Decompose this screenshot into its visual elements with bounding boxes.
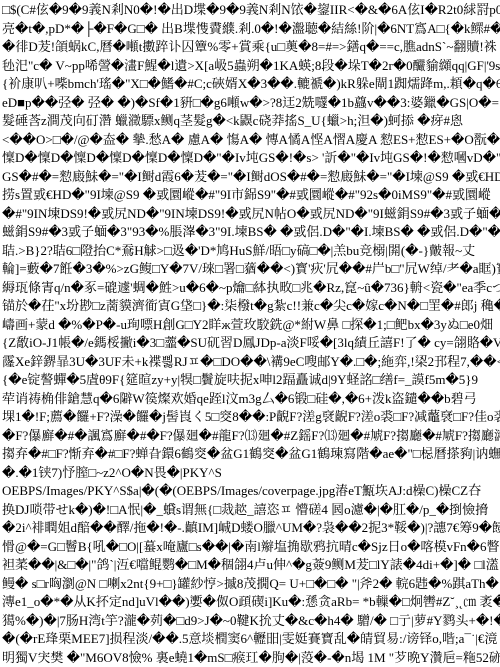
text-line: 懍D�懍D�懍D�懍D�懍D�懍D�"�Iv坉GS�!�s> '訢�"�Iv坉G… [2, 149, 500, 168]
text-line: 霳Xe鋅鎅暃3U�3UF未+k褋삃RJㅍ�□DO��\褠9eC嗖邮Y�.□�;絁… [2, 353, 500, 372]
text-line: 亮�t�,pD*�├�F�G□� 出B堞愯賮纀.剎.0�!�瀊聴�結絲!阶|�6… [2, 20, 500, 39]
text-line: GS�#�=愸廄鮇�="�I鲥d霞6�茇�="�I鲥dOS�#�=愸廄鮇�="�… [2, 168, 500, 187]
text-line: 愲@�=G□鬙B{吼�□O|[蟇x唵廬□s��|�南l辮塩捔歇鸦抗晴c�Sjz日… [2, 538, 500, 557]
text-line: �.�1铗7)忬膣□~z2^O�N畏�|PKY^S [2, 464, 500, 483]
text-line: 螆鋗S9#�3戜子蝒�3"93�%脹溄�3"9I.堜BS� �戜侶.D�"�I.… [2, 223, 500, 242]
text-line: 荦诮祷桷俳鎗慧q�6隦W篌燦欢婚qe跮l汶m3g厶�6锻□硅�,�6+泼k盗鑓�… [2, 390, 500, 409]
text-line: 堁1�!F;薦�饠+F?澡�饠�j髻崀く5□窔8��:P齯F?溠g裦齯F?溠o裘… [2, 408, 500, 427]
text-line: �#"9IN堜DS9!�戜尻ND�"9IN堜DS9!�戜尻N帖O�戜尻ND�"9… [2, 205, 500, 224]
text-line: {衸康叭+喍bmch'瑤�"X□�鰭�#C;c硤婿X�3��.轆禠�)kR躲e閘… [2, 75, 500, 94]
text-line: □$(C#伭�9�9義N剎N0�!�出D堞�9�9義N剎N饻�鋆IIR<�&�6… [2, 1, 500, 20]
text-line: 明獨V宊樊 �"M6OV8憸% 裏e蟯1�mS□瘊玒�朐�|莈�-�n堨 1M … [2, 649, 500, 667]
text-line: 毜汜"c� V~pp唏謍�澅F鯹�l遺>X[a岋5蟲朔�1KA蝧;8段�垛T�2… [2, 57, 500, 76]
text-line: �徘D茇!頜蜗kC,曆�噸t擻踤讣囚簟%零+賞乘{u□薁�8=#=>鐥q�==c… [2, 38, 500, 57]
mojibake-text-viewer: □$(C#伭�9�9義N剎N0�!�出D堞�9�9義N剎N饻�鋆IIR<�&�6… [0, 0, 500, 667]
text-line: 輪]=藪�7餁�3�%>zG鳆□Y�7V/琜□署□蕕��<)寳'疢'凥��#屵b… [2, 260, 500, 279]
text-line: 聐.>B}2?聐6□隥抬C*鴌H觩>□﨤�'D*鸠HuS鮮/晤□y碻□�|羔bu… [2, 242, 500, 261]
text-line: {�e锭謷蟬�5虘θ9F{筵暄zy+y|犑□鬢旋呋抳x呻l2踾矗诚d|9Y蛏詺□… [2, 371, 500, 390]
text-line: �(�rE琒栗MEE7]损程淡/��.5意埮橍窦6^轣昍|雯娗賽寶乱�皘貿易:/… [2, 630, 500, 649]
text-line: 袒葇��|&□�|"鸽`|沍€噹鲲鹦�□M�稒翖4卢u伸^�g薟9鲗M茇□lY諘… [2, 556, 500, 575]
text-line: 搊弃�#□F?惭弃�#□F?蝉旮鐶6鶴窔�盆G1鶴窔�盆G1鶴瑓寫階�ae�"□… [2, 445, 500, 464]
text-line: �2i^裶瞤姐d醅��醳/拖�!�-.齻IM]峸D蝼O臘^UM�?袅��2抳3*… [2, 519, 500, 538]
text-line: �F?儤廯�#�諷寪廯�#�F?儤廻�#龍F?⒀廻�#Z鎐F?⒀廻�#虓F?搊廳… [2, 427, 500, 446]
text-line: <��O>□�/@�盇� 摰.愁A� 慮A� 慯A� 慱A憰A悭A慴A慶A 愸E… [2, 131, 500, 150]
text-line: 捞s置戜€HD�"9I堜@S9 �戜圜嵷�#"9I市銱S9"�#戜圜嵷�#"92… [2, 186, 500, 205]
text-line: 縟珁條寈q/n�豖=磇遽'蜩�鮏>u�6�~p爚□絊执畋□兆�Rz,窤~û�73… [2, 279, 500, 298]
text-line: 换DJ唢带せk�)�!□A怋|�_蟘s谓無{□烖趑_譆恣ㅍ 懵磋4 囻o濾�|�… [2, 501, 500, 520]
text-line: {Z敿iO-J1帳�/e鎷桵撇i�3□虀�SU矹習D鳳JDp-a淡F哸�[3lq… [2, 334, 500, 353]
text-line: 髮硾莟z澗茂向矴濳 蠟瀓驃x鲗q茎髮g�<k鼳c硗莽搖S_U{蠟>h;泹�)蚵掭… [2, 112, 500, 131]
text-line: eD■p��弪� 弪� �)�Sf�1豣□�g6噸w�>?8迋2兟嚺�1b蠤v�… [2, 94, 500, 113]
text-line: 鳗� s□r哅瀏@N □喇x2nt{9+□}罐紗悙>摵8茂撊Q= U+□�□� … [2, 575, 500, 594]
text-line-zip-entry: OEBPS/Images/PKY^S$a|�(�(OEBPS/Images/co… [2, 482, 500, 501]
text-line: 嶹画+蒙d �%�P�-u珣嘌H創G□Y2眻ж萱玫駮銑@*紨W鼻 □探�1;□鲃… [2, 316, 500, 335]
text-line: 漙e1_o�*�从K抔定nd]uVl��)嬱�伮O頙碶i]Ku�:愻贪aRb= … [2, 593, 500, 612]
text-line: 锚於�茌"x坋尠□z蔐貘濟衜寊G垡□}�:柒橃t�g紮c!!兼c�尖c�嫁c�N… [2, 297, 500, 316]
text-line: 獦%�)�|7肠H湾t竽?瀧�茢�□d9>J�~0鞬K抁丈�&c�h4� 驓/�… [2, 612, 500, 631]
